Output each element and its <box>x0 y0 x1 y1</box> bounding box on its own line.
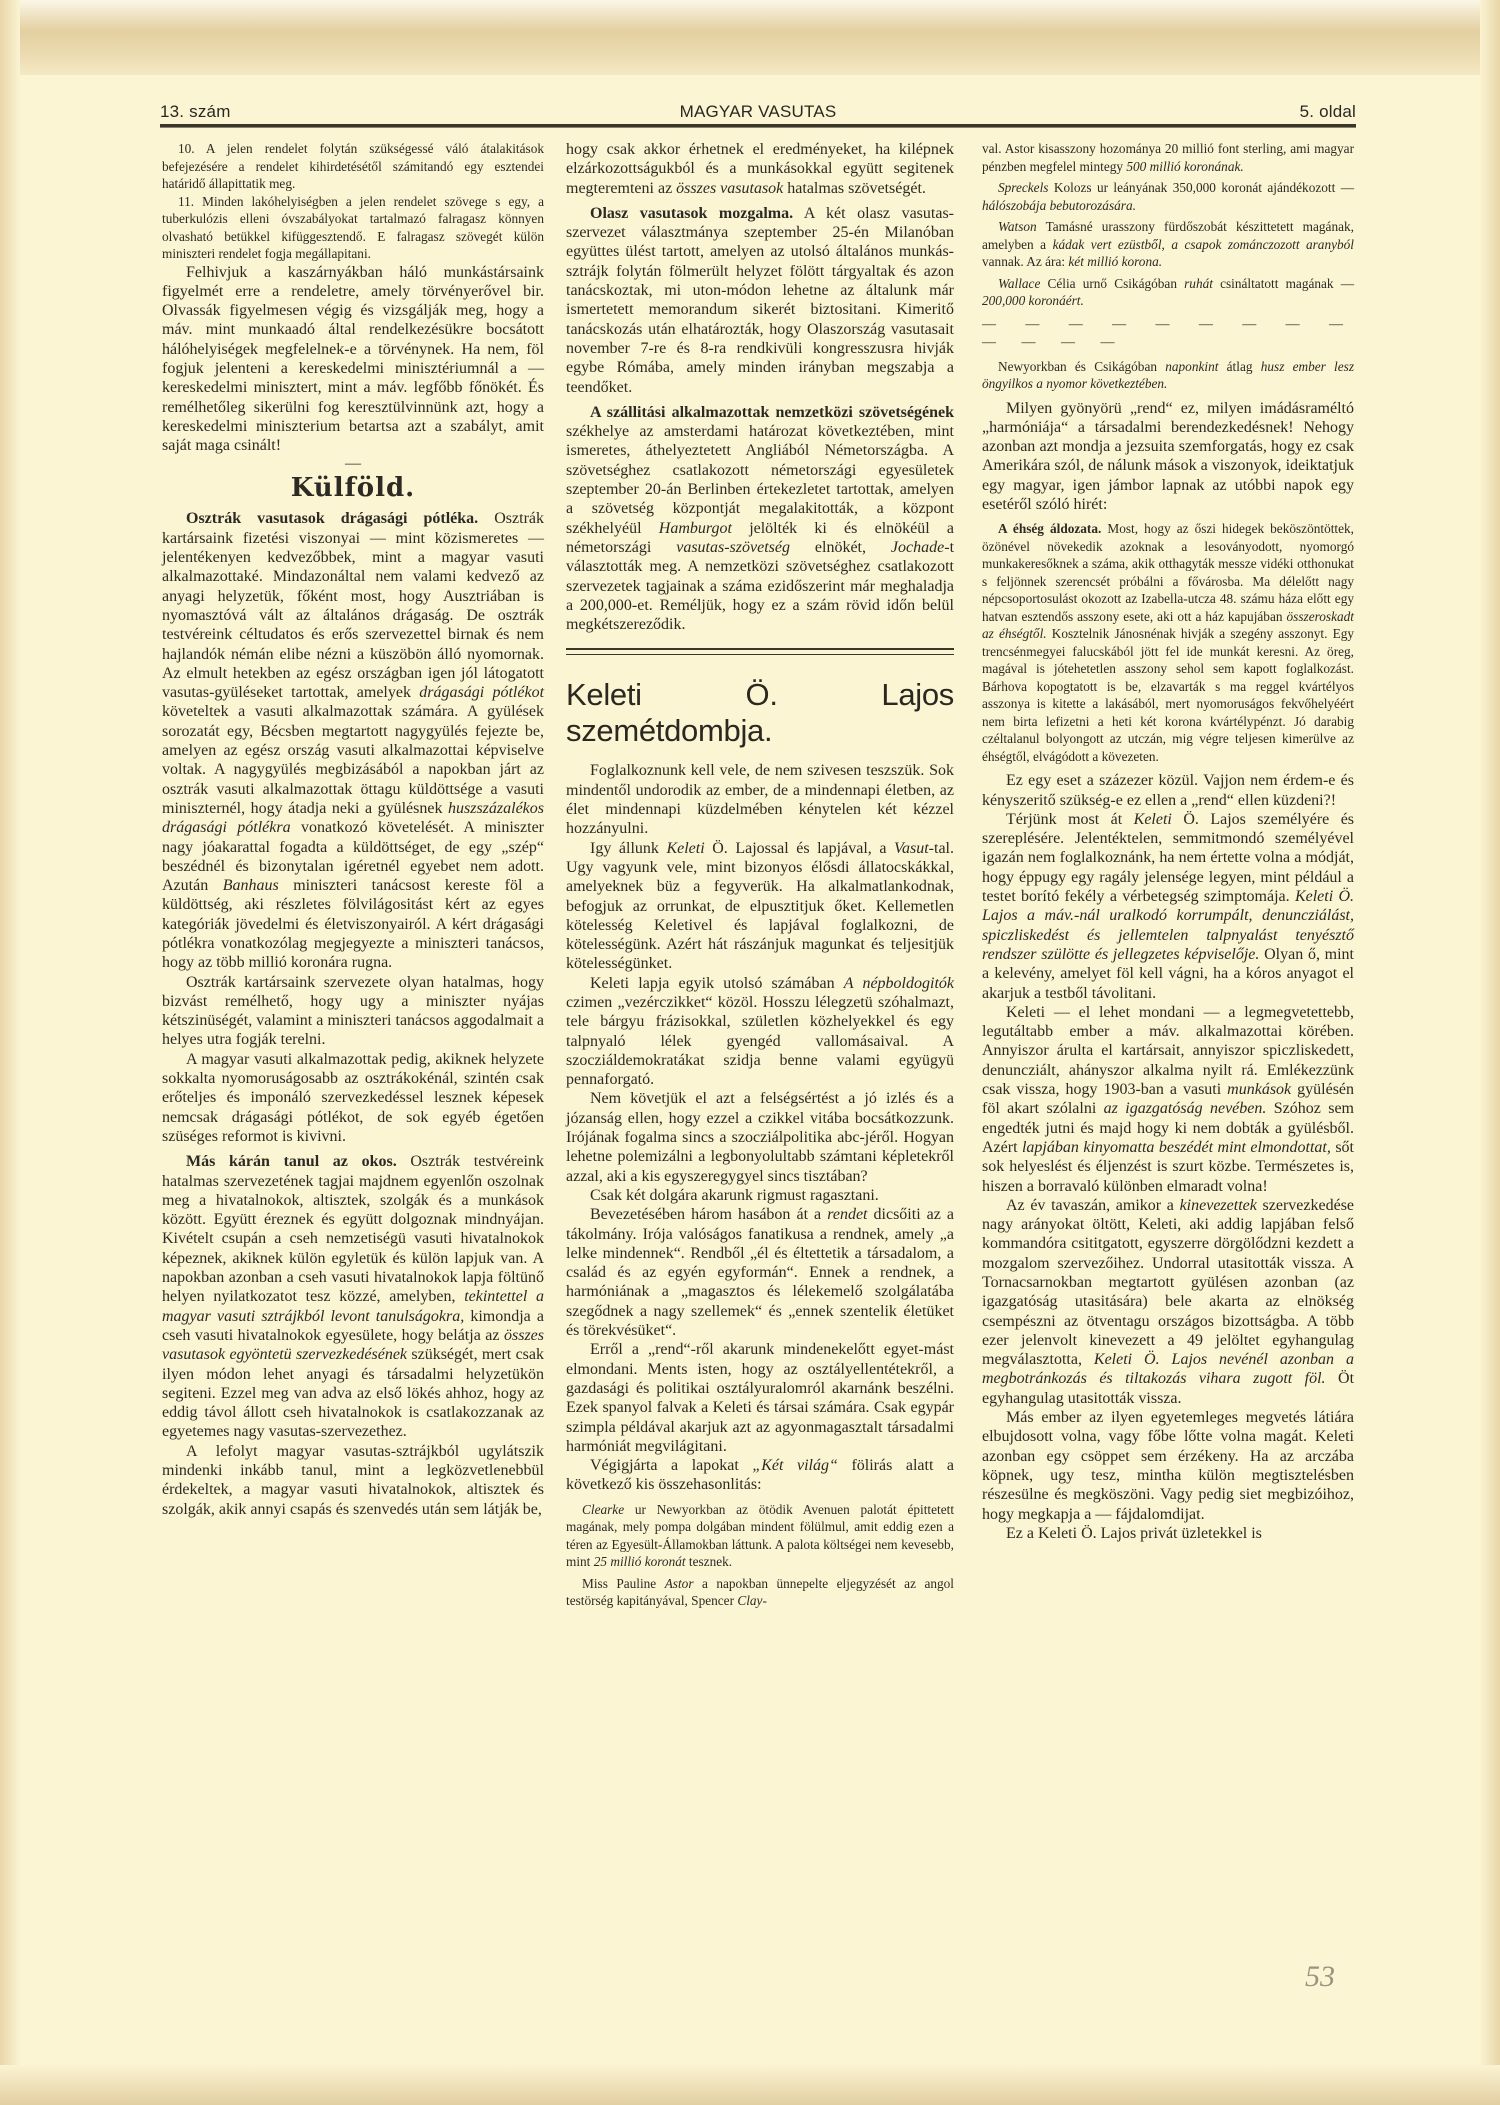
quote-block-continued: val. Astor kisasszony hozománya 20 milli… <box>982 140 1354 393</box>
separator-dash: — <box>162 457 544 471</box>
keleti-paragraph-8: Végigjárta a lapokat „Két világ“ fölirás… <box>566 1456 954 1495</box>
main-paragraph-4: Keleti — el lehet mondani — a legmegvete… <box>982 1003 1354 1196</box>
austria-paragraph-2: Osztrák kartársaink szervezete olyan hat… <box>162 973 544 1050</box>
page-label: 5. oldal <box>1300 102 1356 122</box>
okos-heading: Más kárán tanul az okos. <box>186 1153 397 1170</box>
quote-spreckels: Spreckels Kolozs ur leányának 350,000 ko… <box>982 179 1354 214</box>
column-2: hogy csak akkor érhetnek el eredményeket… <box>566 140 954 1610</box>
international-paragraph: A szállitási alkalmazottak nemzetközi sz… <box>566 403 954 635</box>
decree-excerpt: 10. A jelen rendelet folytán szükségessé… <box>162 140 544 263</box>
quote-clearke: Clearke ur Newyorkban az ötödik Avenuen … <box>566 1501 954 1571</box>
page-edge-right <box>1480 0 1500 2105</box>
main-paragraph-6: Más ember az ilyen egyetemleges megvetés… <box>982 1408 1354 1524</box>
appeal-paragraph: Felhivjuk a kaszárnyákban háló munkástár… <box>162 263 544 456</box>
austria-paragraph-1: Osztrák vasutasok drágasági pótléka. Osz… <box>162 509 544 972</box>
running-header: 13. szám MAGYAR VASUTAS 5. oldal <box>160 96 1356 124</box>
keleti-paragraph-2: Igy állunk Keleti Ö. Lajossal és lapjáva… <box>566 839 954 974</box>
hunger-news: A éhség áldozata. Most, hogy az őszi hid… <box>982 520 1354 765</box>
okos-paragraph-1: Más kárán tanul az okos. Osztrák testvér… <box>162 1152 544 1441</box>
italy-paragraph: Olasz vasutasok mozgalma. A két olasz va… <box>566 204 954 397</box>
decree-point-11: 11. Minden lakóhelyiségben a jelen rende… <box>162 193 544 263</box>
header-rule <box>160 124 1356 128</box>
main-paragraph-7: Ez a Keleti Ö. Lajos privát üzletekkel i… <box>982 1524 1354 1543</box>
quote-astor-continued: val. Astor kisasszony hozománya 20 milli… <box>982 140 1354 175</box>
main-paragraph-2: Ez egy eset a százezer közül. Vajjon nem… <box>982 771 1354 810</box>
decree-point-10: 10. A jelen rendelet folytán szükségessé… <box>162 140 544 193</box>
main-paragraph-1: Milyen gyönyörü „rend“ ez, milyen imádás… <box>982 399 1354 515</box>
keleti-paragraph-6: Bevezetésében három hasábon át a rendet … <box>566 1205 954 1340</box>
okos-paragraph-2: A lefolyt magyar vasutas-sztrájkból ugyl… <box>162 1442 544 1519</box>
keleti-paragraph-4: Nem követjük el azt a felségsértést a jó… <box>566 1089 954 1185</box>
quote-block: Clearke ur Newyorkban az ötödik Avenuen … <box>566 1501 954 1610</box>
hunger-news-block: A éhség áldozata. Most, hogy az őszi hid… <box>982 520 1354 765</box>
keleti-paragraph-3: Keleti lapja egyik utolsó számában A nép… <box>566 974 954 1090</box>
page-edge-left <box>0 0 20 2105</box>
column-1: 10. A jelen rendelet folytán szükségessé… <box>162 140 544 1519</box>
keleti-paragraph-7: Erről a „rend“-ről akarunk mindenekelőtt… <box>566 1340 954 1456</box>
international-heading: A szállitási alkalmazottak nemzetközi sz… <box>590 404 954 421</box>
austria-paragraph-3: A magyar vasuti alkalmazottak pedig, aki… <box>162 1050 544 1146</box>
page-edge-bottom <box>0 2065 1500 2105</box>
column-3: val. Astor kisasszony hozománya 20 milli… <box>982 140 1354 1543</box>
quote-wallace: Wallace Célia urnő Csikágóban ruhát csin… <box>982 275 1354 310</box>
handwritten-page-number: 53 <box>1305 1960 1335 1994</box>
section-title-kulfold: Külföld. <box>162 473 544 503</box>
continuation-paragraph: hogy csak akkor érhetnek el eredményeket… <box>566 140 954 198</box>
austria-heading: Osztrák vasutasok drágasági pótléka. <box>186 510 478 527</box>
italy-heading: Olasz vasutasok mozgalma. <box>590 205 793 222</box>
dashed-separator: — — — — — — — — — — — — — <box>982 316 1354 352</box>
article-title: Keleti Ö. Lajos szemétdombja. <box>566 677 954 749</box>
publication-title: MAGYAR VASUTAS <box>160 102 1356 122</box>
main-paragraph-3: Térjünk most át Keleti Ö. Lajos személyé… <box>982 810 1354 1003</box>
article-divider <box>566 648 954 655</box>
keleti-paragraph-5: Csak két dolgára akarunk rigmust ragaszt… <box>566 1186 954 1205</box>
main-paragraph-5: Az év tavaszán, amikor a kinevezettek sz… <box>982 1196 1354 1408</box>
quote-astor: Miss Pauline Astor a napokban ünnepelte … <box>566 1575 954 1610</box>
quote-watson: Watson Tamásné urasszony fürdőszobát kés… <box>982 218 1354 271</box>
hunger-heading: A éhség áldozata. <box>998 521 1101 536</box>
quote-suicides: Newyorkban és Csikágóban naponkint átlag… <box>982 358 1354 393</box>
keleti-paragraph-1: Foglalkoznunk kell vele, de nem szivesen… <box>566 761 954 838</box>
